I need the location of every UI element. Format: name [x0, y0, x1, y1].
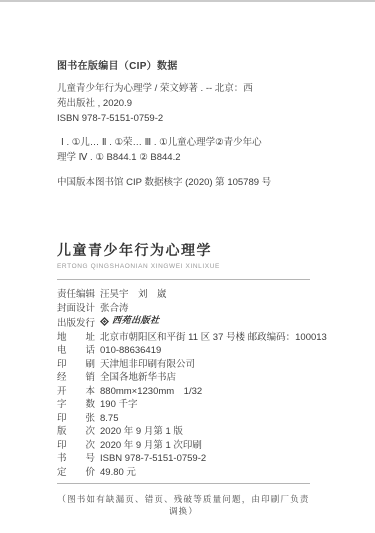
row-value: 全国各地新华书店	[100, 371, 176, 385]
row-value: 2020 年 9 月第 1 版	[100, 425, 183, 439]
cip-header: 图书在版编目（CIP）数据	[57, 57, 310, 72]
row-value: 天津旭非印刷有限公司	[100, 358, 195, 372]
colophon-row-edition: 版次 2020 年 9 月第 1 版	[57, 425, 310, 439]
divider-bottom	[57, 483, 310, 484]
cip-record-number: 中国版本图书馆 CIP 数据核字 (2020) 第 105789 号	[57, 175, 310, 190]
colophon-row-printer: 印刷 天津旭非印刷有限公司	[57, 358, 310, 372]
row-value: 010-88636419	[100, 344, 161, 358]
row-label: 地址	[57, 331, 95, 345]
row-label: 电话	[57, 344, 95, 358]
publisher-diamond-icon	[100, 317, 109, 326]
row-label: 版次	[57, 425, 95, 439]
cip-record-paragraph: 儿童青少年行为心理学 / 荣文婷著 . -- 北京：西 苑出版社 , 2020.…	[57, 81, 310, 126]
row-label: 字数	[57, 398, 95, 412]
colophon-row-isbn: 书号 ISBN 978-7-5151-0759-2	[57, 452, 310, 466]
colophon-row-format: 开本 880mm×1230mm 1/32	[57, 385, 310, 399]
divider-top	[57, 279, 310, 280]
colophon-row-cover-design: 封面设计 张合涛	[57, 302, 310, 316]
row-label: 开本	[57, 385, 95, 399]
row-label: 经销	[57, 371, 95, 385]
row-value: 190 千字	[100, 398, 138, 412]
row-value: 北京市朝阳区和平街 11 区 37 号楼 邮政编码：100013	[100, 331, 327, 345]
row-value: 汪昊宇 刘 崴	[100, 288, 167, 302]
cip-class-line2: 理学 Ⅳ . ① B844.1 ② B844.2	[57, 150, 310, 165]
row-label: 印次	[57, 439, 95, 453]
colophon-row-impression: 印次 2020 年 9 月第 1 次印刷	[57, 439, 310, 453]
cip-record-line1: 儿童青少年行为心理学 / 荣文婷著 . -- 北京：西	[57, 81, 310, 96]
colophon-row-editor: 责任编辑 汪昊宇 刘 崴	[57, 288, 310, 302]
row-label: 印刷	[57, 358, 95, 372]
colophon-row-phone: 电话 010-88636419	[57, 344, 310, 358]
row-value: 8.75	[100, 412, 119, 426]
colophon: 责任编辑 汪昊宇 刘 崴 封面设计 张合涛 出版发行	[57, 288, 310, 479]
quality-note: （图书如有缺漏页、错页、残破等质量问题，由印刷厂负责调换）	[57, 493, 310, 517]
colophon-row-publisher: 出版发行 西苑出版社	[57, 315, 310, 331]
row-label: 封面设计	[57, 302, 95, 316]
cip-class-line1: Ⅰ . ①儿… Ⅱ . ①荣… Ⅲ . ①儿童心理学②青少年心	[57, 135, 310, 150]
cip-record-line2: 苑出版社 , 2020.9	[57, 96, 310, 111]
row-label: 印张	[57, 412, 95, 426]
row-label: 责任编辑	[57, 288, 95, 302]
row-value: 张合涛	[100, 302, 129, 316]
colophon-row-address: 地址 北京市朝阳区和平街 11 区 37 号楼 邮政编码：100013	[57, 331, 310, 345]
row-value: 2020 年 9 月第 1 次印刷	[100, 439, 202, 453]
book-title-pinyin: ERTONG QINGSHAONIAN XINGWEI XINLIXUE	[57, 263, 310, 270]
row-label: 定价	[57, 466, 95, 480]
row-label: 书号	[57, 452, 95, 466]
cip-classification-paragraph: Ⅰ . ①儿… Ⅱ . ①荣… Ⅲ . ①儿童心理学②青少年心 理学 Ⅳ . ①…	[57, 135, 310, 165]
row-value: 880mm×1230mm 1/32	[100, 385, 202, 399]
publisher-logo-text: 西苑出版社	[111, 315, 160, 329]
row-value: 49.80 元	[100, 466, 136, 480]
colophon-row-distribution: 经销 全国各地新华书店	[57, 371, 310, 385]
book-copyright-page: 图书在版编目（CIP）数据 儿童青少年行为心理学 / 荣文婷著 . -- 北京：…	[0, 0, 375, 533]
row-value: ISBN 978-7-5151-0759-2	[100, 452, 206, 466]
row-label: 出版发行	[57, 317, 95, 331]
book-title: 儿童青少年行为心理学	[57, 240, 310, 260]
colophon-row-word-count: 字数 190 千字	[57, 398, 310, 412]
colophon-row-price: 定价 49.80 元	[57, 466, 310, 480]
cip-isbn-line: ISBN 978-7-5151-0759-2	[57, 111, 310, 126]
colophon-row-sheets: 印张 8.75	[57, 412, 310, 426]
page-content: 图书在版编目（CIP）数据 儿童青少年行为心理学 / 荣文婷著 . -- 北京：…	[57, 2, 310, 517]
publisher-logo: 西苑出版社	[100, 315, 160, 329]
